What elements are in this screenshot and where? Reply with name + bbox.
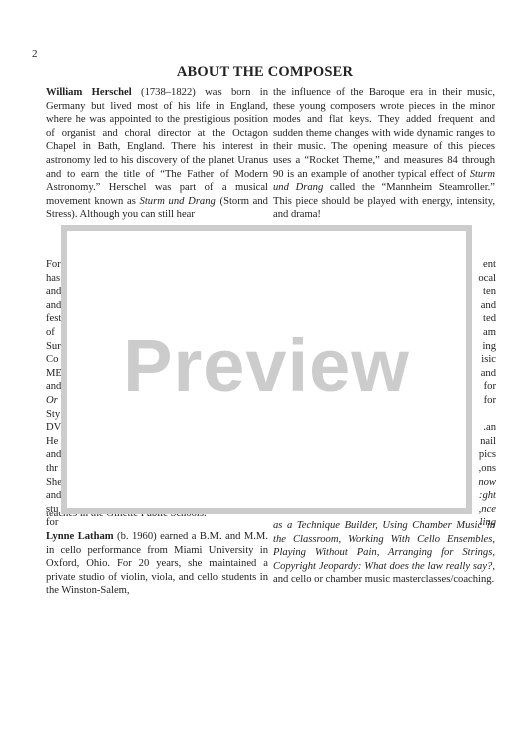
page-number: 2: [32, 48, 38, 60]
arranger-name: Lynne Latham: [46, 531, 114, 542]
preview-watermark-box: Preview: [61, 225, 472, 514]
preview-watermark-text: Preview: [67, 323, 466, 408]
latham-bio: Lynne Latham (b. 1960) earned a B.M. and…: [46, 530, 268, 598]
composer-name: William Herschel: [46, 87, 132, 98]
page-title: ABOUT THE COMPOSER: [0, 64, 530, 81]
latham-workshops: as a Technique Builder, Using Chamber Mu…: [273, 519, 495, 587]
herschel-bio: William Herschel (1738–1822) was born in…: [46, 86, 268, 222]
herschel-bio-continued: the influence of the Baroque era in thei…: [273, 86, 495, 222]
hidden-right-column-fragments: ent ocal ten and ted am ing isic and for…: [472, 258, 496, 530]
hidden-left-column-fragments: For has and and fest of Sur Co ME and Or…: [46, 258, 62, 530]
